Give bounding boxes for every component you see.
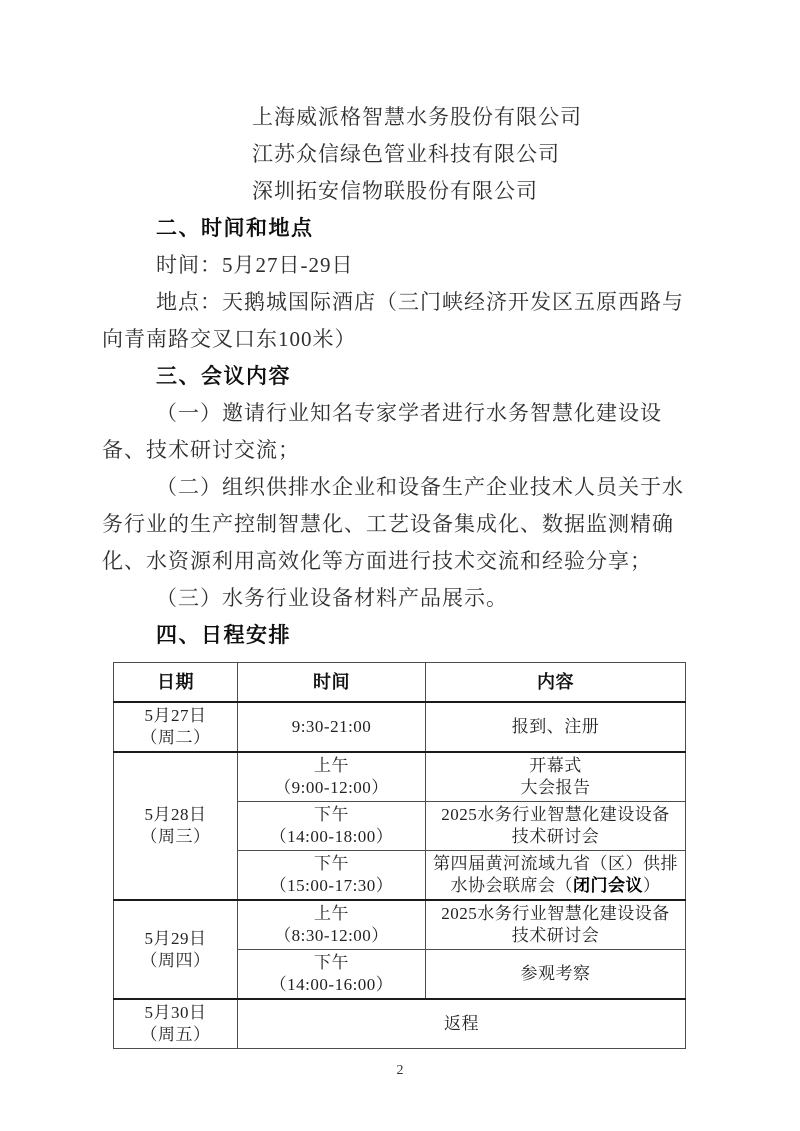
cell-content: 参观考察 (426, 950, 686, 1000)
section-heading-time-place: 二、时间和地点 (102, 210, 690, 247)
header-cell-date: 日期 (114, 663, 238, 703)
cell-content: 2025水务行业智慧化建设设备 技术研讨会 (426, 802, 686, 851)
section-heading-content: 三、会议内容 (102, 358, 690, 395)
cell-content: 报到、注册 (426, 702, 686, 752)
time-paragraph: 时间：5月27日-29日 (102, 247, 690, 284)
closed-meeting-bold-text: 闭门会议 (573, 876, 643, 895)
cell-content: 2025水务行业智慧化建设设备 技术研讨会 (426, 900, 686, 950)
place-paragraph: 地点：天鹅城国际酒店（三门峡经济开发区五原西路与向青南路交叉口东100米） (102, 284, 690, 358)
company-name-line: 深圳拓安信物联股份有限公司 (102, 173, 690, 210)
cell-time: 9:30-21:00 (238, 702, 426, 752)
cell-date: 5月29日 （周四） (114, 900, 238, 999)
cell-time: 上午 （8:30-12:00） (238, 900, 426, 950)
cell-date: 5月28日 （周三） (114, 752, 238, 900)
schedule-table: 日期 时间 内容 5月27日 （周二） 9:30-21:00 报到、注册 5月2… (113, 662, 686, 1049)
table-row: 5月30日 （周五） 返程 (114, 999, 686, 1049)
page-number: 2 (0, 1063, 800, 1079)
cell-date: 5月30日 （周五） (114, 999, 238, 1049)
content-item-2: （二）组织供排水企业和设备生产企业技术人员关于水务行业的生产控制智慧化、工艺设备… (102, 469, 690, 580)
cell-time: 下午 （14:00-16:00） (238, 950, 426, 1000)
cell-content-text: ） (643, 876, 661, 895)
section-heading-schedule: 四、日程安排 (102, 617, 690, 654)
document-page: 上海威派格智慧水务股份有限公司 江苏众信绿色管业科技有限公司 深圳拓安信物联股份… (0, 0, 800, 1131)
cell-content: 开幕式 大会报告 (426, 752, 686, 802)
table-row: 5月27日 （周二） 9:30-21:00 报到、注册 (114, 702, 686, 752)
cell-time: 上午 （9:00-12:00） (238, 752, 426, 802)
company-name-line: 上海威派格智慧水务股份有限公司 (102, 99, 690, 136)
cell-date: 5月27日 （周二） (114, 702, 238, 752)
header-cell-content: 内容 (426, 663, 686, 703)
table-row: 5月29日 （周四） 上午 （8:30-12:00） 2025水务行业智慧化建设… (114, 900, 686, 950)
cell-content-merged: 返程 (238, 999, 686, 1049)
content-item-3: （三）水务行业设备材料产品展示。 (102, 580, 690, 617)
header-cell-time: 时间 (238, 663, 426, 703)
table-header-row: 日期 时间 内容 (114, 663, 686, 703)
table-row: 5月28日 （周三） 上午 （9:00-12:00） 开幕式 大会报告 (114, 752, 686, 802)
cell-time: 下午 （14:00-18:00） (238, 802, 426, 851)
content-item-1: （一）邀请行业知名专家学者进行水务智慧化建设设备、技术研讨交流； (102, 395, 690, 469)
cell-time: 下午 （15:00-17:30） (238, 851, 426, 901)
company-name-line: 江苏众信绿色管业科技有限公司 (102, 136, 690, 173)
cell-content: 第四届黄河流域九省（区）供排水协会联席会（闭门会议） (426, 851, 686, 901)
